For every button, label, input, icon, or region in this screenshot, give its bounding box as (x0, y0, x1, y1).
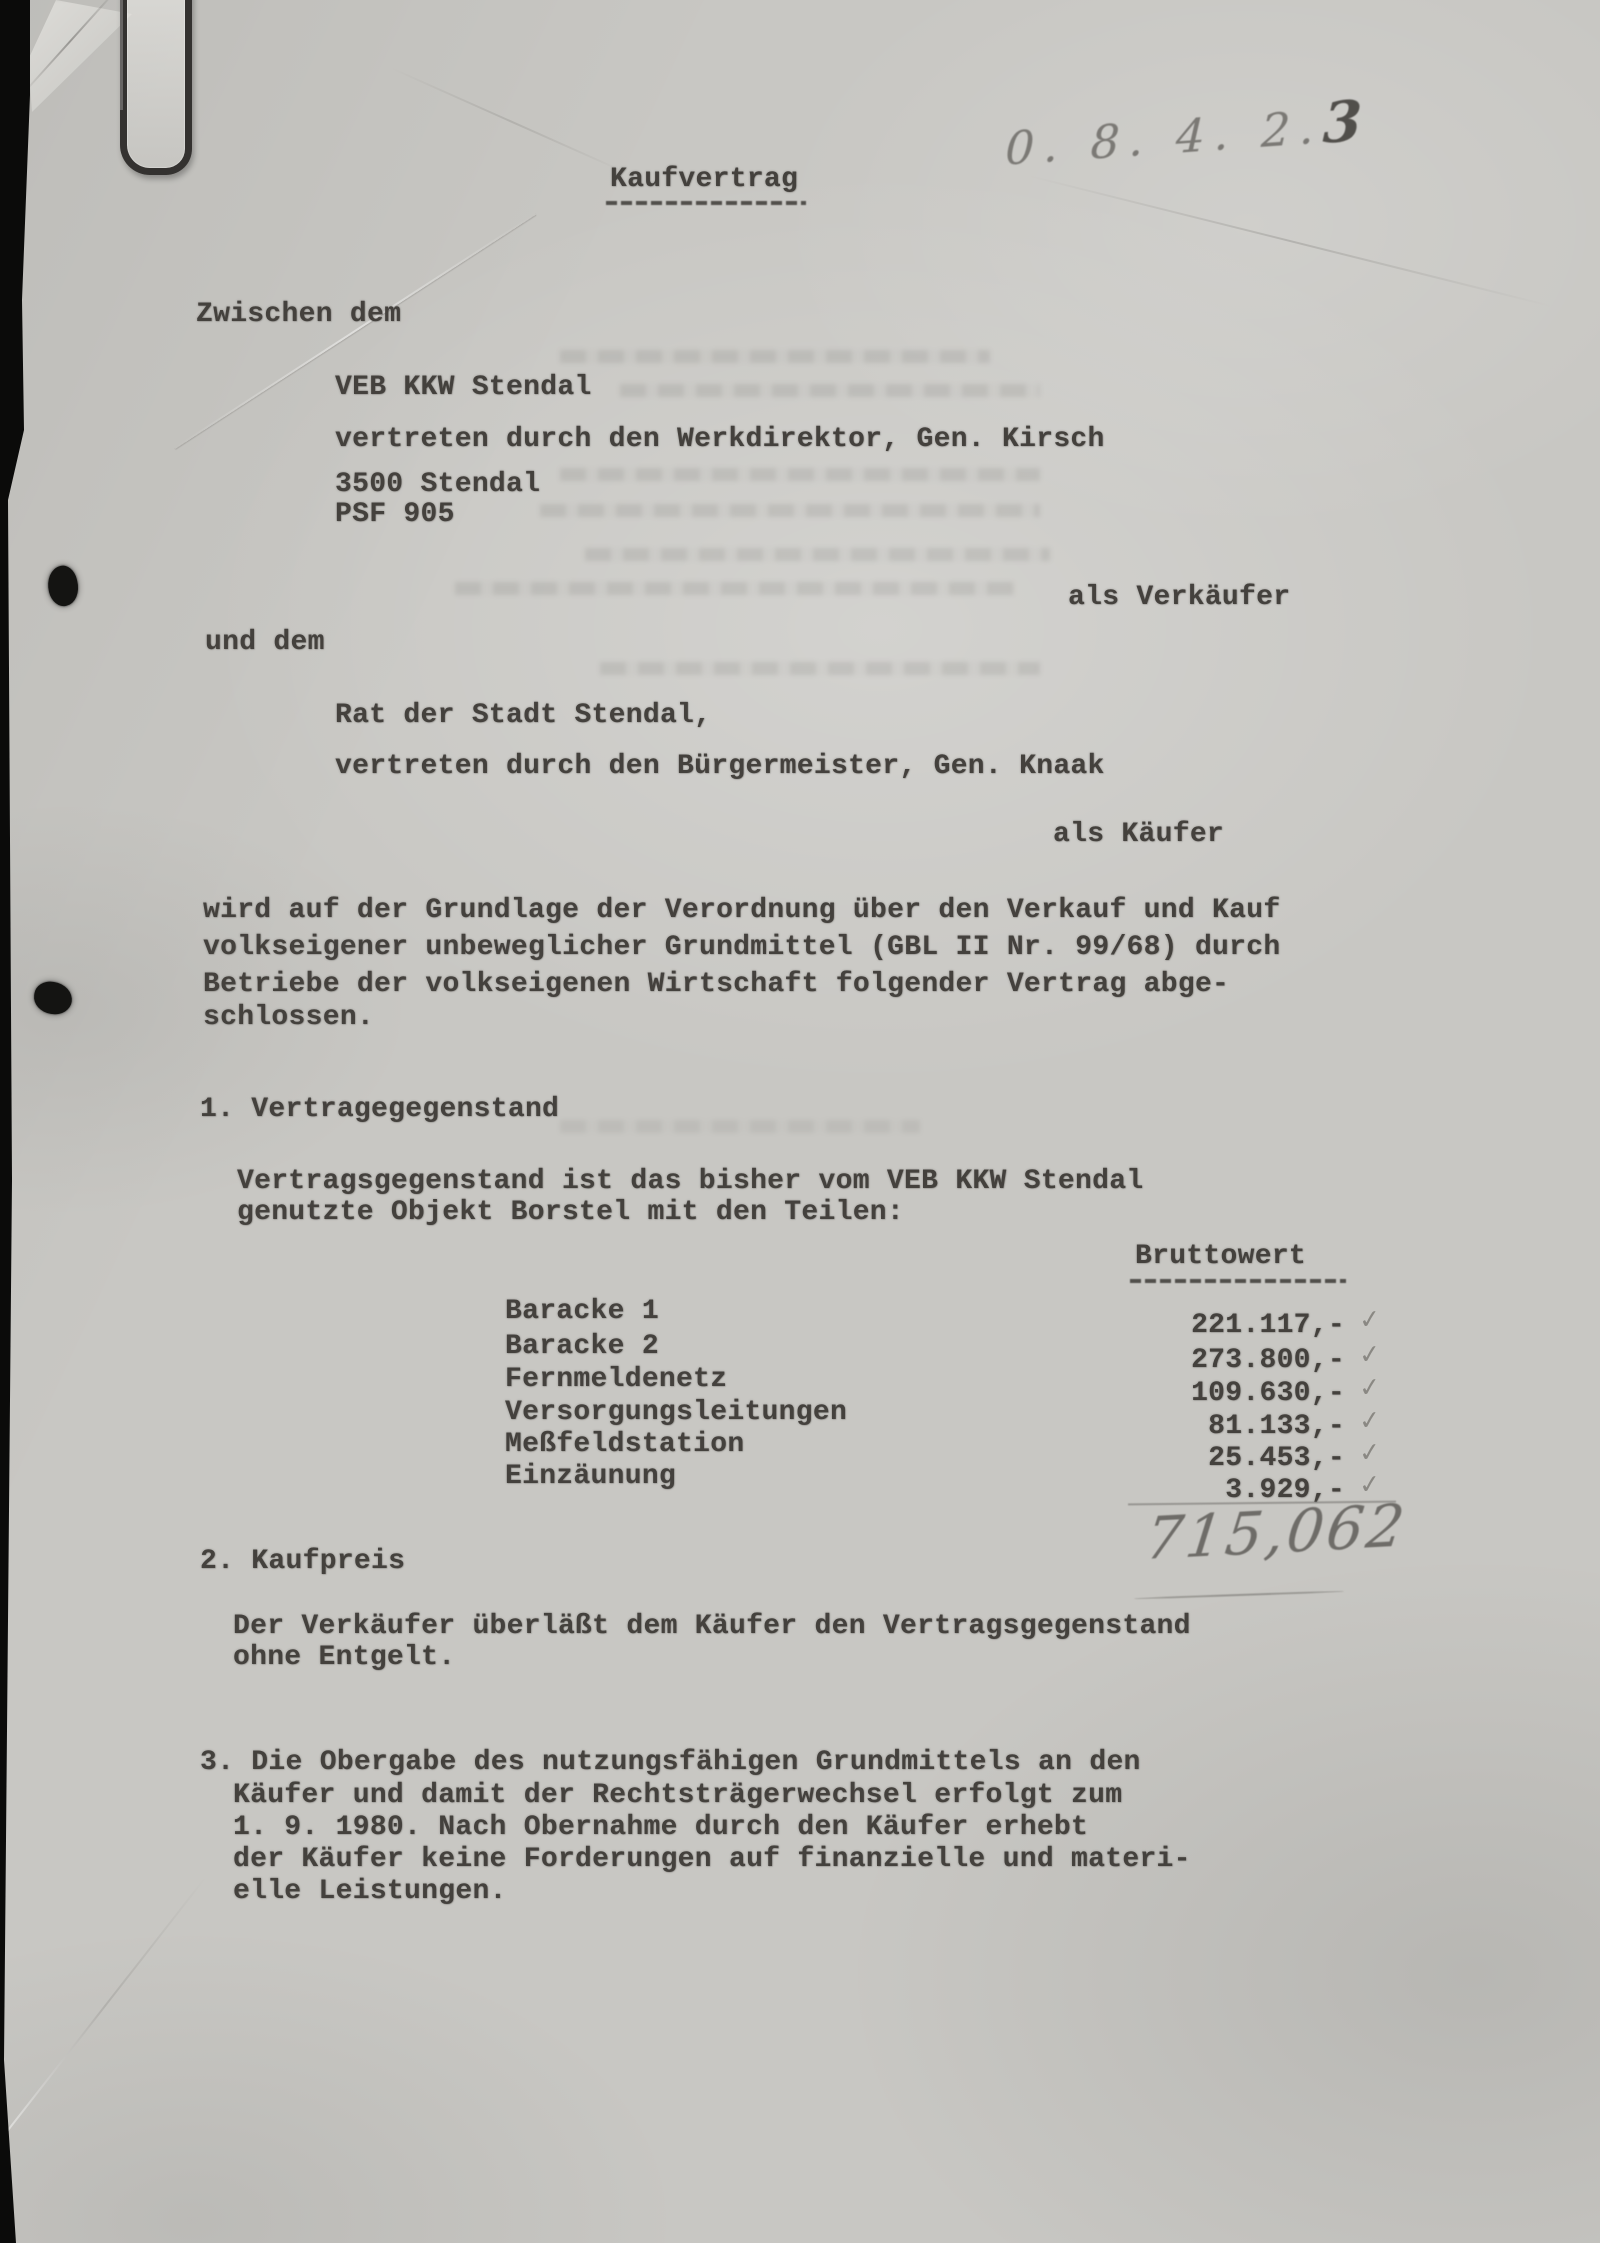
buyer-name: Rat der Stadt Stendal, (335, 701, 711, 731)
table-row: Meßfeldstation25.453,-✓ (505, 1428, 1381, 1460)
between-label: Zwischen dem (196, 300, 401, 330)
seller-po-box: PSF 905 (335, 500, 455, 530)
section1-body-line: genutzte Objekt Borstel mit den Teilen: (237, 1198, 904, 1228)
table-item: Einzäunung (505, 1462, 1145, 1492)
paperclip (120, 0, 192, 175)
section1-heading: 1. Vertragegegenstand (200, 1095, 559, 1125)
seller-city: 3500 Stendal (335, 470, 540, 500)
table-value-header: Bruttowert (1135, 1242, 1306, 1272)
value-header-underline (1130, 1279, 1346, 1283)
document-title: Kaufvertrag (610, 165, 798, 195)
section3-line: 1. 9. 1980. Nach Obernahme durch den Käu… (233, 1813, 1088, 1843)
section3-line: der Käufer keine Forderungen auf finanzi… (233, 1845, 1191, 1875)
table-item: Baracke 2 (505, 1332, 1145, 1362)
seller-role: als Verkäufer (1068, 583, 1290, 613)
table-item: Fernmeldenetz (505, 1365, 1145, 1395)
table-item: Versorgungsleitungen (505, 1398, 1145, 1428)
seller-name: VEB KKW Stendal (335, 373, 592, 403)
preamble-line: volkseigener unbeweglicher Grundmittel (… (203, 933, 1280, 963)
classification-last-digit: 3 (1322, 87, 1363, 156)
table-item: Meßfeldstation (505, 1430, 1145, 1460)
preamble-line: schlossen. (203, 1003, 374, 1033)
seller-representative: vertreten durch den Werkdirektor, Gen. K… (335, 425, 1105, 455)
section2-heading: 2. Kaufpreis (200, 1547, 405, 1577)
table-row: Fernmeldenetz109.630,-✓ (505, 1363, 1381, 1395)
section3-line: elle Leistungen. (233, 1877, 507, 1907)
section2-body-line: Der Verkäufer überläßt dem Käufer den Ve… (233, 1612, 1191, 1642)
table-row: Versorgungsleitungen81.133,-✓ (505, 1396, 1381, 1428)
table-item: Baracke 1 (505, 1297, 1145, 1327)
handwritten-total: 715,062 (1142, 1491, 1411, 1573)
section1-body-line: Vertragsgegenstand ist das bisher vom VE… (237, 1167, 1143, 1197)
scanned-contract-page: Kaufvertrag Zwischen dem VEB KKW Stendal… (0, 0, 1600, 2243)
paper-sheet: Kaufvertrag Zwischen dem VEB KKW Stendal… (0, 0, 1600, 2243)
and-label: und dem (205, 628, 325, 658)
section3-line: Käufer und damit der Rechtsträgerwechsel… (233, 1781, 1122, 1811)
preamble-line: Betriebe der volkseigenen Wirtschaft fol… (203, 970, 1229, 1000)
table-row: Einzäunung3.929,-✓ (505, 1460, 1381, 1492)
title-underline (606, 201, 806, 205)
table-row: Baracke 1221.117,-✓ (505, 1295, 1381, 1327)
typed-text-layer: Kaufvertrag Zwischen dem VEB KKW Stendal… (0, 0, 1600, 2243)
section3-line: 3. Die Obergabe des nutzungsfähigen Grun… (200, 1748, 1141, 1778)
buyer-representative: vertreten durch den Bürgermeister, Gen. … (335, 752, 1105, 782)
preamble-line: wird auf der Grundlage der Verordnung üb… (203, 896, 1280, 926)
table-row: Baracke 2273.800,-✓ (505, 1330, 1381, 1362)
buyer-role: als Käufer (1053, 820, 1224, 850)
section2-body-line: ohne Entgelt. (233, 1643, 455, 1673)
